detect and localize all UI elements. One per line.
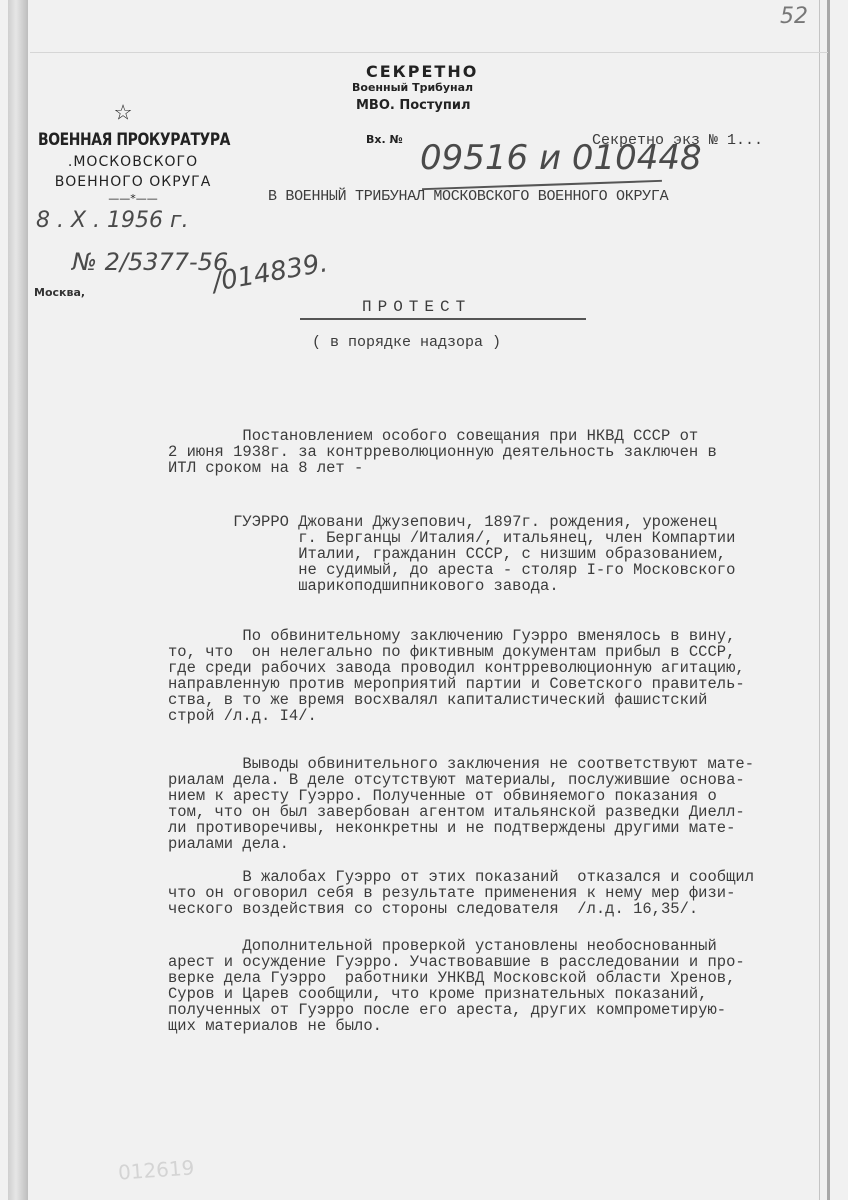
org-district-2: ВОЕННОГО ОКРУГА xyxy=(38,174,228,190)
binding-edge xyxy=(8,0,28,1200)
separator: ——*—— xyxy=(38,192,228,205)
handwritten-reference: /014839. xyxy=(210,248,330,298)
star-icon: ☆ xyxy=(114,98,132,128)
org-district-1: .МОСКОВСКОГО xyxy=(38,154,228,170)
fold-line xyxy=(30,52,828,53)
faint-mark: 012619 xyxy=(117,1155,195,1184)
paragraph: По обвинительному заключению Гуэрро вмен… xyxy=(168,628,808,724)
addressee: В ВОЕННЫЙ ТРИБУНАЛ МОСКОВСКОГО ВОЕННОГО … xyxy=(268,188,668,205)
document-date: 8 . Х . 1956 г. xyxy=(36,208,189,233)
stamp-secret: СЕКРЕТНО xyxy=(366,62,478,81)
title-underline xyxy=(300,318,586,320)
stamp-tribunal: Военный Трибунал xyxy=(352,81,478,94)
paragraph: В жалобах Гуэрро от этих показаний отказ… xyxy=(168,869,808,917)
secret-copy-label: Секретно экз № 1... xyxy=(592,132,763,149)
page-edge xyxy=(827,0,830,1200)
registration-number: № 2/5377-56 xyxy=(72,248,228,276)
paragraph: ГУЭРРО Джовани Джузепович, 1897г. рожден… xyxy=(168,514,808,594)
document-title: ПРОТЕСТ xyxy=(362,298,471,316)
received-stamp: СЕКРЕТНО Военный Трибунал МВО. Поступил … xyxy=(336,62,478,146)
paragraph: Постановлением особого совещания при НКВ… xyxy=(168,428,808,476)
stamp-received: МВО. Поступил xyxy=(356,98,478,113)
page-number: 52 xyxy=(780,4,808,29)
page-edge-inner xyxy=(819,0,820,1200)
paragraph: Дополнительной проверкой установлены нео… xyxy=(168,938,808,1034)
org-name: ВОЕННАЯ ПРОКУРАТУРА xyxy=(38,130,194,150)
document-subtitle: ( в порядке надзора ) xyxy=(312,334,501,351)
paragraph: Выводы обвинительного заключения не соот… xyxy=(168,756,808,852)
letterhead: ВОЕННАЯ ПРОКУРАТУРА .МОСКОВСКОГО ВОЕННОГ… xyxy=(38,130,228,205)
city: Москва, xyxy=(34,286,85,299)
